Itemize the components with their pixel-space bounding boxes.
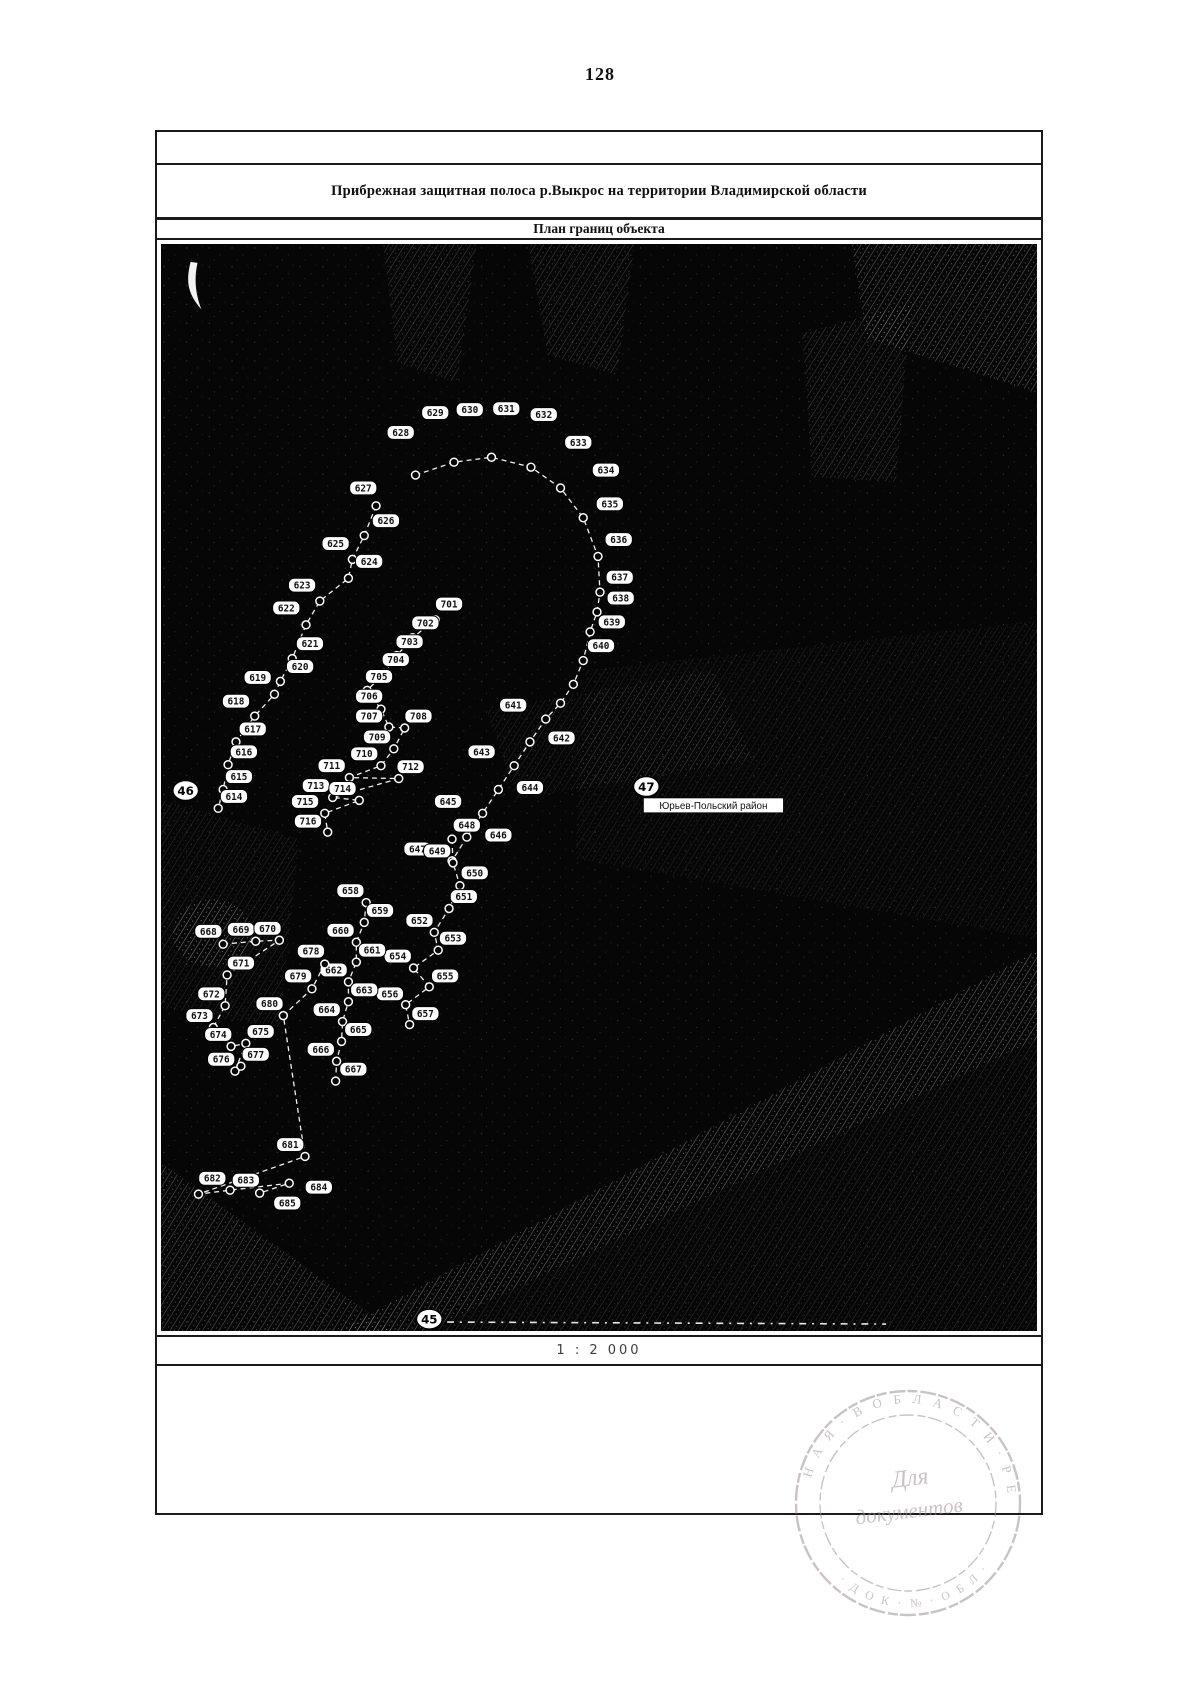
- point-label: 632: [535, 410, 552, 421]
- point-label: 702: [417, 618, 434, 629]
- boundary-point: [448, 835, 456, 843]
- point-label: 659: [372, 906, 389, 917]
- point-label: 655: [437, 971, 454, 982]
- point-label: 665: [350, 1025, 367, 1036]
- boundary-point: [339, 1018, 347, 1026]
- boundary-point: [395, 775, 403, 783]
- boundary-point: [355, 796, 363, 804]
- boundary-point: [223, 971, 231, 979]
- boundary-point: [406, 1021, 414, 1029]
- boundary-point: [285, 1179, 293, 1187]
- boundary-point: [425, 983, 433, 991]
- boundary-point: [252, 937, 260, 945]
- point-label: 644: [522, 783, 539, 794]
- boundary-point: [360, 532, 368, 540]
- texture-patch: [802, 304, 911, 483]
- point-label: 623: [294, 581, 311, 592]
- boundary-point: [219, 940, 227, 948]
- boundary-point: [242, 1039, 250, 1047]
- point-label: 670: [259, 924, 276, 935]
- point-label: 627: [355, 483, 372, 494]
- point-label: 683: [237, 1176, 254, 1187]
- boundary-point: [256, 1189, 264, 1197]
- point-label: 668: [200, 927, 217, 938]
- page-number: 128: [0, 64, 1200, 85]
- point-label: 677: [247, 1050, 264, 1061]
- point-label: 673: [191, 1011, 208, 1022]
- point-label: 684: [310, 1183, 327, 1194]
- boundary-point: [456, 882, 464, 890]
- point-label: 675: [252, 1027, 269, 1038]
- boundary-point: [251, 712, 259, 720]
- point-label: 664: [318, 1005, 335, 1016]
- boundary-point: [557, 699, 565, 707]
- boundary-point: [430, 928, 438, 936]
- boundary-point: [332, 1077, 340, 1085]
- point-label: 672: [203, 989, 220, 1000]
- boundary-point: [224, 761, 232, 769]
- point-label: 638: [612, 594, 629, 605]
- district-label: Юрьев-Польский район: [659, 801, 767, 812]
- boundary-point: [377, 762, 385, 770]
- sheet-marker-label: 47: [638, 780, 654, 794]
- point-label: 661: [364, 946, 381, 957]
- point-label: 656: [381, 989, 398, 1000]
- boundary-point: [195, 1190, 203, 1198]
- point-label: 674: [210, 1030, 227, 1041]
- point-label: 658: [342, 886, 359, 897]
- point-label: 634: [597, 466, 614, 477]
- boundary-point: [434, 946, 442, 954]
- point-label: 639: [603, 617, 620, 628]
- point-label: 622: [278, 603, 295, 614]
- point-label: 628: [392, 428, 409, 439]
- point-label: 669: [232, 925, 249, 936]
- point-label: 653: [445, 934, 462, 945]
- point-label: 626: [377, 516, 394, 527]
- point-label: 709: [369, 732, 386, 743]
- boundary-point: [401, 724, 409, 732]
- point-label: 706: [361, 692, 378, 703]
- boundary-point: [449, 859, 457, 867]
- point-label: 680: [261, 999, 278, 1010]
- point-label: 710: [356, 749, 373, 760]
- point-label: 660: [332, 926, 349, 937]
- point-label: 715: [297, 797, 314, 808]
- point-label: 666: [312, 1045, 329, 1056]
- boundary-point: [301, 1152, 309, 1160]
- boundary-point: [526, 738, 534, 746]
- point-label: 618: [228, 697, 245, 708]
- point-label: 682: [204, 1174, 221, 1185]
- point-label: 654: [389, 952, 406, 963]
- point-label: 649: [429, 846, 446, 857]
- boundary-point: [275, 936, 283, 944]
- point-label: 704: [387, 655, 404, 666]
- plan-subtitle: План границ объекта: [157, 220, 1041, 240]
- point-label: 621: [302, 639, 319, 650]
- point-label: 640: [593, 641, 610, 652]
- point-label: 676: [213, 1055, 230, 1066]
- boundary-point: [279, 1012, 287, 1020]
- boundary-point: [271, 690, 279, 698]
- point-label: 652: [411, 916, 428, 927]
- point-label: 663: [356, 985, 373, 996]
- scale-label: 1 : 2 000: [157, 1335, 1041, 1366]
- point-label: 614: [226, 792, 243, 803]
- point-label: 707: [361, 712, 378, 723]
- boundary-point: [333, 1057, 341, 1065]
- point-label: 629: [427, 408, 444, 419]
- boundary-point: [344, 998, 352, 1006]
- boundary-point: [586, 628, 594, 636]
- point-label: 646: [490, 831, 507, 842]
- empty-footer-row: [157, 1366, 1041, 1515]
- point-label: 636: [610, 535, 627, 546]
- boundary-point: [338, 1037, 346, 1045]
- point-label: 616: [235, 747, 252, 758]
- point-label: 701: [441, 599, 458, 610]
- point-label: 714: [334, 784, 351, 795]
- boundary-point: [221, 1002, 229, 1010]
- boundary-point: [527, 463, 535, 471]
- point-label: 641: [505, 701, 522, 712]
- boundary-point: [594, 552, 602, 560]
- boundary-point: [276, 677, 284, 685]
- boundary-point: [324, 828, 332, 836]
- point-label: 619: [249, 673, 266, 684]
- point-label: 620: [292, 662, 309, 673]
- svg-text:· Д О К · № · О Б Л ·: · Д О К · № · О Б Л ·: [837, 1561, 992, 1611]
- point-label: 615: [230, 772, 247, 783]
- boundary-point: [344, 574, 352, 582]
- boundary-point: [488, 453, 496, 461]
- point-label: 645: [440, 797, 457, 808]
- empty-header-row: [157, 132, 1041, 165]
- boundary-point: [596, 588, 604, 596]
- document-title: Прибрежная защитная полоса р.Выкрос на т…: [157, 165, 1041, 220]
- point-label: 681: [282, 1140, 299, 1151]
- boundary-point: [494, 786, 502, 794]
- boundary-point: [579, 514, 587, 522]
- boundary-point: [237, 1062, 245, 1070]
- boundary-point: [372, 502, 380, 510]
- point-label: 635: [601, 499, 618, 510]
- boundary-point: [226, 1186, 234, 1194]
- point-label: 678: [302, 947, 319, 958]
- boundary-point: [510, 762, 518, 770]
- boundary-point: [321, 809, 329, 817]
- point-label: 657: [417, 1009, 434, 1020]
- map-plan-svg: 6286296306316326336346356366376386396406…: [161, 244, 1037, 1331]
- point-label: 642: [553, 733, 570, 744]
- boundary-point: [579, 657, 587, 665]
- point-label: 617: [244, 724, 261, 735]
- boundary-point: [410, 964, 418, 972]
- boundary-point: [557, 484, 565, 492]
- point-label: 679: [290, 971, 307, 982]
- boundary-point: [321, 960, 329, 968]
- point-label: 624: [361, 557, 378, 568]
- boundary-point: [227, 1042, 235, 1050]
- boundary-point: [352, 958, 360, 966]
- point-label: 705: [371, 672, 388, 683]
- point-label: 712: [402, 762, 419, 773]
- boundary-point: [308, 985, 316, 993]
- boundary-point: [542, 715, 550, 723]
- boundary-point: [352, 938, 360, 946]
- point-label: 630: [461, 405, 478, 416]
- boundary-point: [316, 597, 324, 605]
- point-label: 685: [279, 1199, 296, 1210]
- boundary-point: [445, 905, 453, 913]
- boundary-point: [360, 918, 368, 926]
- boundary-point: [463, 833, 471, 841]
- document-frame: Прибрежная защитная полоса р.Выкрос на т…: [155, 130, 1043, 1515]
- boundary-point: [569, 680, 577, 688]
- point-label: 633: [570, 438, 587, 449]
- point-label: 671: [232, 958, 249, 969]
- stamp-rim-text-bottom: · Д О К · № · О Б Л ·: [837, 1561, 992, 1611]
- boundary-point: [302, 621, 310, 629]
- point-label: 637: [611, 573, 628, 584]
- boundary-point: [390, 745, 398, 753]
- boundary-point: [450, 458, 458, 466]
- boundary-point: [402, 1001, 410, 1009]
- point-label: 631: [498, 404, 515, 415]
- point-label: 650: [466, 868, 483, 879]
- boundary-point: [214, 804, 222, 812]
- point-label: 625: [327, 539, 344, 550]
- point-label: 711: [323, 761, 340, 772]
- point-label: 667: [345, 1065, 362, 1076]
- sheet-marker-label: 46: [177, 784, 193, 798]
- point-label: 716: [300, 817, 317, 828]
- point-label: 651: [455, 892, 472, 903]
- boundary-point: [344, 978, 352, 986]
- point-label: 643: [473, 747, 490, 758]
- boundary-point: [593, 608, 601, 616]
- satellite-map: 6286296306316326336346356366376386396406…: [161, 244, 1037, 1331]
- point-label: 713: [307, 781, 324, 792]
- boundary-point: [479, 809, 487, 817]
- boundary-point: [412, 471, 420, 479]
- boundary-point: [345, 774, 353, 782]
- sheet-marker-label: 45: [421, 1313, 437, 1327]
- point-label: 708: [410, 712, 427, 723]
- map-row: 6286296306316326336346356366376386396406…: [157, 240, 1041, 1335]
- point-label: 703: [401, 637, 418, 648]
- point-label: 648: [458, 821, 475, 832]
